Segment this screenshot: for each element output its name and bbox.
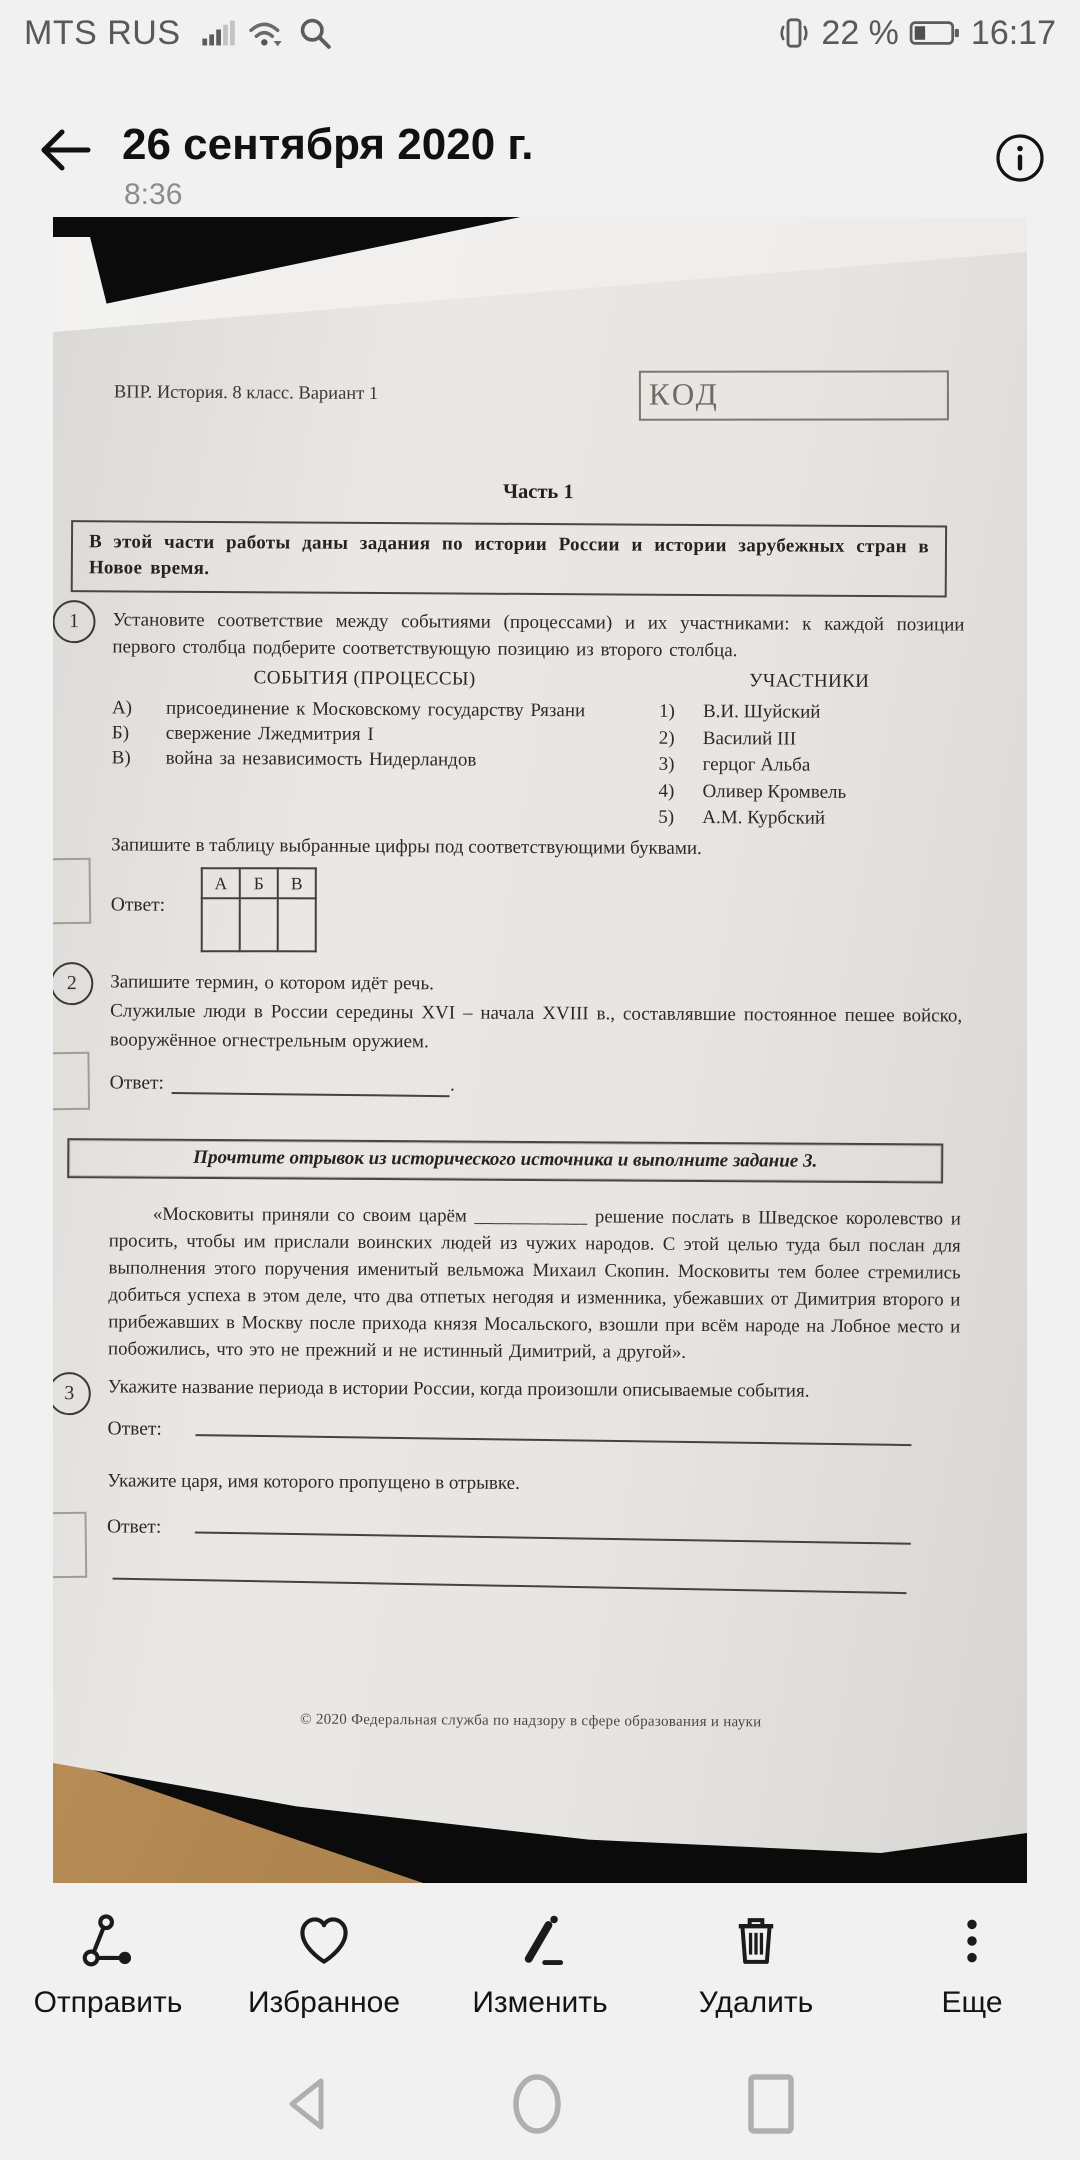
participants-header: УЧАСТНИКИ xyxy=(659,670,959,694)
photo-viewer-image[interactable]: ВПР. История. 8 класс. Вариант 1 КОД Час… xyxy=(53,217,1027,1883)
status-bar: MTS RUS xyxy=(0,0,1080,66)
table-empty-cell xyxy=(202,898,240,951)
participant-text: Василий III xyxy=(703,726,796,753)
clock-label: 16:17 xyxy=(971,14,1056,53)
more-button[interactable]: Еще xyxy=(864,1898,1080,2020)
task2-line1: Запишите термин, о котором идёт речь. xyxy=(110,971,434,994)
event-letter: В) xyxy=(112,745,166,770)
table-empty-cell xyxy=(240,898,278,951)
table-header-cell: Б xyxy=(240,868,278,898)
event-text: присоединение к Московскому государству … xyxy=(166,696,617,724)
participant-num: 5) xyxy=(658,805,702,832)
battery-percent-label: 22 % xyxy=(821,14,899,53)
carrier-label: MTS RUS xyxy=(24,14,181,53)
task1-number-circle: 1 xyxy=(53,600,96,643)
task1-text: Установите соответствие между событиями … xyxy=(112,606,964,665)
delete-label: Удалить xyxy=(699,1986,814,2020)
part-title: Часть 1 xyxy=(53,478,1025,507)
task1-table-note: Запишите в таблицу выбранные цифры под с… xyxy=(111,834,963,861)
participant-num: 4) xyxy=(658,778,702,805)
task2-answer-row: Ответ:. xyxy=(110,1072,455,1096)
participant-text: Оливер Кромвель xyxy=(702,779,846,806)
participant-item: 5) А.М. Курбский xyxy=(658,805,958,833)
battery-icon xyxy=(909,18,961,48)
favorite-label: Избранное xyxy=(248,1986,400,2020)
app-header: 26 сентября 2020 г. 8:36 xyxy=(0,66,1080,217)
source-instruction-box: Прочтите отрывок из исторического источн… xyxy=(67,1138,943,1183)
answer-blank-line xyxy=(195,1414,911,1446)
photo-date-title: 26 сентября 2020 г. xyxy=(122,120,534,170)
table-header-cell: А xyxy=(202,868,240,898)
participants-column: УЧАСТНИКИ 1) В.И. Шуйский 2) Василий III… xyxy=(658,670,959,833)
table-header-cell: В xyxy=(278,868,316,898)
answer-blank-line xyxy=(195,1511,911,1544)
android-nav-bar xyxy=(0,2048,1080,2160)
task2-number-circle: 2 xyxy=(53,962,93,1005)
event-item: В) война за независимость Нидерландов xyxy=(112,745,617,773)
signal-strength-icon xyxy=(201,15,237,51)
delete-button[interactable]: Удалить xyxy=(648,1898,864,2020)
task1-answer-label: Ответ: xyxy=(111,894,165,916)
participant-num: 1) xyxy=(659,699,703,726)
action-toolbar: Отправить Избранное Изменить xyxy=(0,1898,1080,2068)
event-letter: А) xyxy=(112,695,166,720)
task2-text: Запишите термин, о котором идёт речь. Сл… xyxy=(110,967,963,1059)
search-icon xyxy=(297,15,333,51)
events-header: СОБЫТИЯ (ПРОЦЕССЫ) xyxy=(112,666,617,691)
back-arrow-icon[interactable] xyxy=(36,124,94,176)
intro-box: В этой части работы даны задания по исто… xyxy=(71,520,947,597)
task1-answer-table: А Б В xyxy=(201,867,317,952)
participant-item: 4) Оливер Кромвель xyxy=(658,778,958,806)
event-letter: Б) xyxy=(112,720,166,745)
task3-question1: Укажите название периода в истории Росси… xyxy=(108,1376,960,1403)
historical-source-quote: «Московиты приняли со своим царём ______… xyxy=(108,1200,961,1367)
task3-answer2-label: Ответ: xyxy=(107,1516,161,1538)
answer-blank-line xyxy=(172,1072,450,1097)
photo-time-subtitle: 8:36 xyxy=(124,178,182,212)
participant-num: 3) xyxy=(659,752,703,779)
nav-home-button[interactable] xyxy=(509,2072,565,2136)
score-box xyxy=(53,858,91,925)
task3-answer1-label: Ответ: xyxy=(108,1418,162,1440)
code-field: КОД xyxy=(639,370,949,420)
vibrate-icon xyxy=(777,15,811,51)
event-item: А) присоединение к Московскому государст… xyxy=(112,695,617,723)
task1-columns: СОБЫТИЯ (ПРОЦЕССЫ) А) присоединение к Мо… xyxy=(111,666,964,833)
favorite-button[interactable]: Избранное xyxy=(216,1898,432,2020)
score-box xyxy=(53,1052,90,1111)
nav-recents-button[interactable] xyxy=(747,2074,795,2134)
pencil-icon xyxy=(510,1898,570,1984)
task2-line2: Служилые люди в России середины XVI – на… xyxy=(110,1000,962,1052)
wifi-icon xyxy=(247,15,287,51)
more-icon xyxy=(944,1898,1000,1984)
participant-item: 3) герцог Альба xyxy=(659,752,959,780)
task3-question2: Укажите царя, имя которого пропущено в о… xyxy=(107,1470,959,1497)
screen: MTS RUS xyxy=(0,0,1080,2160)
task2-answer-label: Ответ: xyxy=(110,1072,164,1093)
heart-icon xyxy=(293,1898,355,1984)
share-label: Отправить xyxy=(34,1986,183,2020)
participant-text: герцог Альба xyxy=(703,752,811,779)
nav-back-button[interactable] xyxy=(285,2076,327,2132)
answer-suffix: . xyxy=(450,1074,455,1095)
info-icon[interactable] xyxy=(994,132,1046,184)
event-item: Б) свержение Лжедмитрия I xyxy=(112,720,617,748)
participant-text: А.М. Курбский xyxy=(702,805,825,832)
participant-item: 1) В.И. Шуйский xyxy=(659,699,959,727)
share-button[interactable]: Отправить xyxy=(0,1898,216,2020)
edit-button[interactable]: Изменить xyxy=(432,1898,648,2020)
share-icon xyxy=(78,1898,138,1984)
doc-header-left: ВПР. История. 8 класс. Вариант 1 xyxy=(114,382,378,405)
edit-label: Изменить xyxy=(472,1986,607,2020)
answer-blank-line xyxy=(113,1558,907,1595)
participant-num: 2) xyxy=(659,725,703,752)
table-empty-cell xyxy=(278,898,316,951)
event-text: война за независимость Нидерландов xyxy=(166,746,617,774)
doc-copyright-footer: © 2020 Федеральная служба по надзору в с… xyxy=(53,1710,1018,1733)
exam-paper-content: ВПР. История. 8 класс. Вариант 1 КОД Час… xyxy=(53,217,1027,1883)
task3-number-circle: 3 xyxy=(53,1372,91,1415)
participant-text: В.И. Шуйский xyxy=(703,699,821,726)
events-column: СОБЫТИЯ (ПРОЦЕССЫ) А) присоединение к Мо… xyxy=(111,666,617,831)
participant-item: 2) Василий III xyxy=(659,725,959,753)
trash-icon xyxy=(727,1898,785,1984)
more-label: Еще xyxy=(941,1986,1002,2020)
event-text: свержение Лжедмитрия I xyxy=(166,721,617,749)
score-box xyxy=(53,1512,87,1579)
